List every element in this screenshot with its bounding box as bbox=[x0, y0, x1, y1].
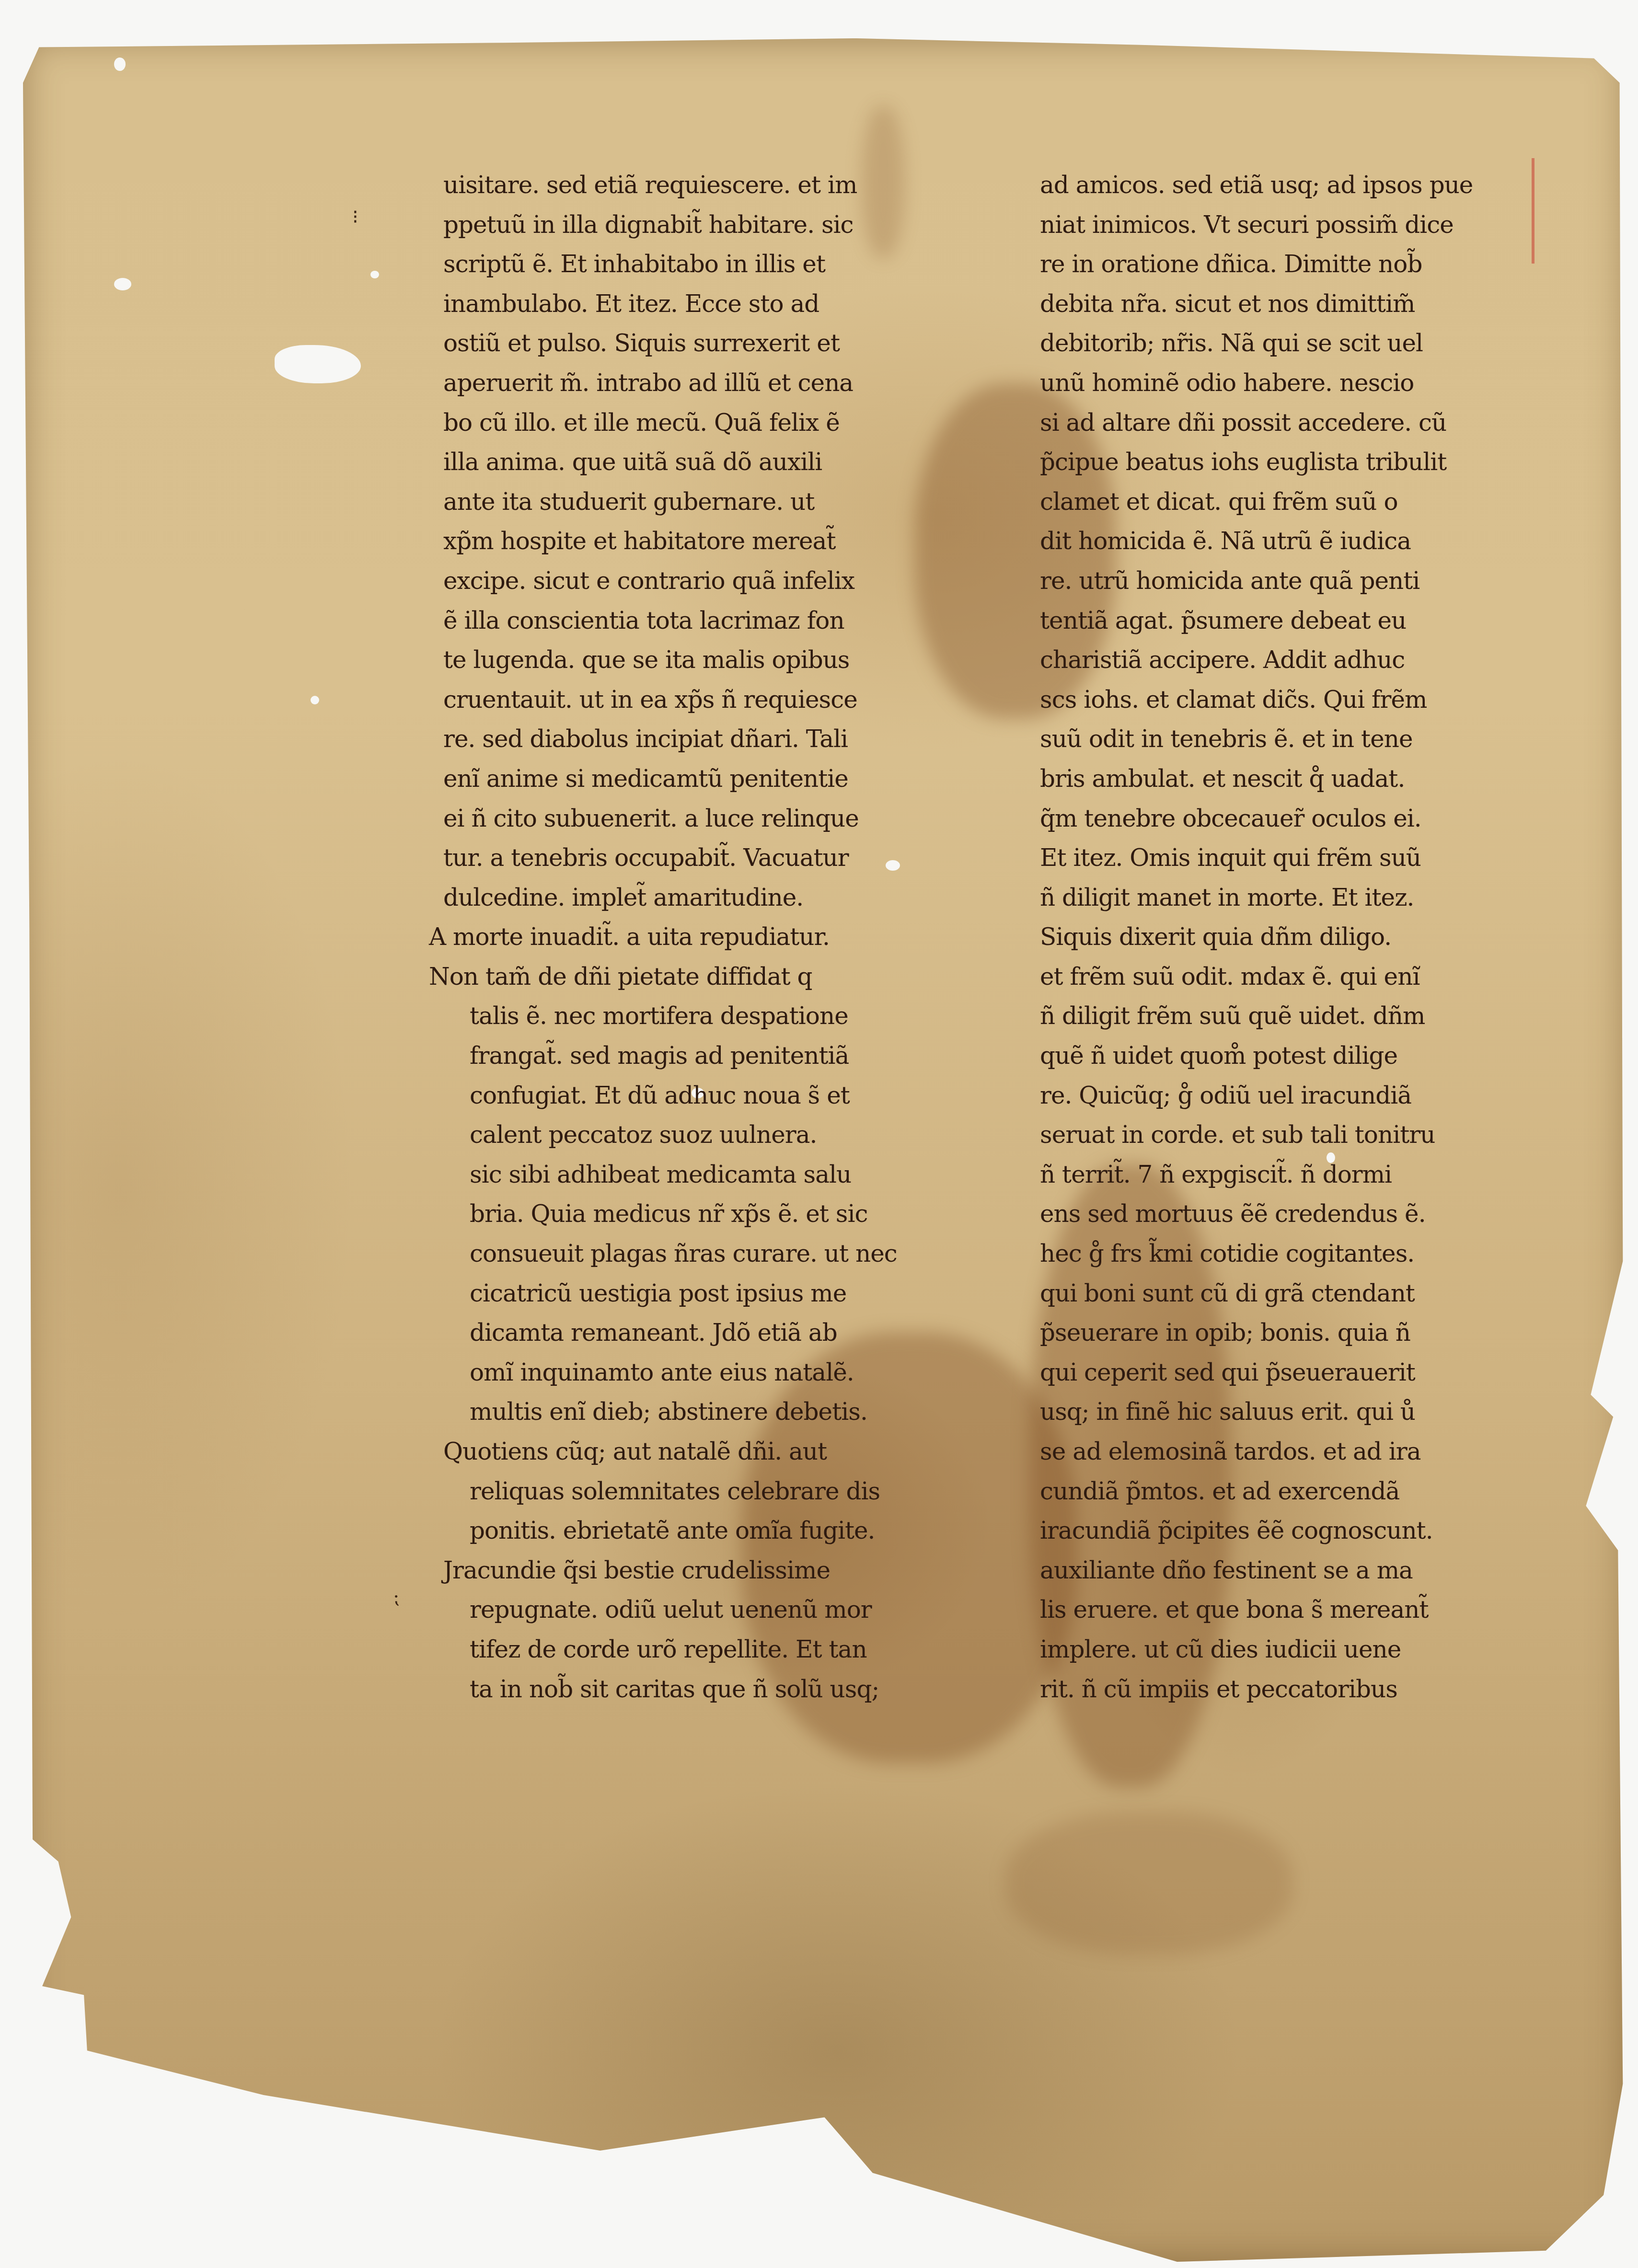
manuscript-line: niat inimicos. Vt securi possim̃ dice bbox=[1040, 205, 1572, 245]
manuscript-line: inambulabo. Et itez. Ecce sto ad bbox=[443, 284, 985, 324]
manuscript-line: ei ñ cito subuenerit. a luce relinque bbox=[443, 799, 985, 839]
manuscript-line: Jracundie q̃si bestie crudelissime bbox=[443, 1551, 985, 1590]
manuscript-line: q̃m tenebre obcecauer̃ oculos ei. bbox=[1040, 799, 1572, 839]
manuscript-line: confugiat. Et dũ adhuc noua s̃ et bbox=[443, 1076, 985, 1116]
manuscript-line: ponitis. ebrietatẽ ante omĩa fugite. bbox=[443, 1511, 985, 1551]
manuscript-line: excipe. sicut e contrario quã infelix bbox=[443, 561, 985, 601]
manuscript-line: unũ hominẽ odio habere. nescio bbox=[1040, 363, 1572, 403]
manuscript-line: cundiã p̃mtos. et ad exercendã bbox=[1040, 1472, 1572, 1511]
manuscript-line: aperuerit m̃. intrabo ad illũ et cena bbox=[443, 363, 985, 403]
manuscript-line: A morte inuadit̃. a uita repudiatur. bbox=[429, 917, 985, 957]
margin-annotation-mark: ⁝ bbox=[352, 206, 358, 228]
manuscript-line: charistiã accipere. Addit adhuc bbox=[1040, 640, 1572, 680]
text-column-left: uisitare. sed etiã requiescere. et im pp… bbox=[443, 165, 985, 1709]
manuscript-line: ostiũ et pulso. Siquis surrexerit et bbox=[443, 323, 985, 363]
manuscript-line: ante ita studuerit gubernare. ut bbox=[443, 482, 985, 522]
manuscript-line: iracundiã p̃cipites ẽẽ cognoscunt. bbox=[1040, 1511, 1572, 1551]
manuscript-line: tifez de corde urõ repellite. Et tan bbox=[443, 1630, 985, 1669]
manuscript-line: suũ odit in tenebris ẽ. et in tene bbox=[1040, 719, 1572, 759]
manuscript-line: consueuit plagas ñras curare. ut nec bbox=[443, 1234, 985, 1274]
manuscript-line: dicamta remaneant. Jdõ etiã ab bbox=[443, 1313, 985, 1353]
worm-hole bbox=[114, 58, 126, 71]
manuscript-line: auxiliante dño festinent se a ma bbox=[1040, 1551, 1572, 1590]
manuscript-line: debita nr̃a. sicut et nos dimittim̃ bbox=[1040, 284, 1572, 324]
torn-hole bbox=[275, 345, 361, 383]
manuscript-line: re. sed diabolus incipiat dñari. Tali bbox=[443, 719, 985, 759]
manuscript-line: multis enĩ dieb; abstinere debetis. bbox=[443, 1392, 985, 1432]
manuscript-line: seruat in corde. et sub tali tonitru bbox=[1040, 1115, 1572, 1155]
manuscript-line: Siquis dixerit quia dñm diligo. bbox=[1040, 917, 1572, 957]
worm-hole bbox=[114, 278, 131, 290]
manuscript-line: ta in nob̃ sit caritas que ñ solũ usq; bbox=[443, 1669, 985, 1709]
manuscript-line: tur. a tenebris occupabit̃. Vacuatur bbox=[443, 838, 985, 878]
manuscript-line: p̃seuerare in opib; bonis. quia ñ bbox=[1040, 1313, 1572, 1353]
manuscript-line: qui boni sunt cũ di grã ctendant bbox=[1040, 1274, 1572, 1313]
manuscript-line: debitorib; nr̃is. Nã qui se scit uel bbox=[1040, 323, 1572, 363]
manuscript-line: ñ territ̃. 7 ñ expgiscit̃. ñ dormi bbox=[1040, 1155, 1572, 1195]
worm-hole bbox=[370, 271, 379, 278]
manuscript-line: ens sed mortuus ẽẽ credendus ẽ. bbox=[1040, 1194, 1572, 1234]
manuscript-line: scs iohs. et clamat dic̃s. Qui frẽm bbox=[1040, 680, 1572, 720]
manuscript-line: se ad elemosinã tardos. et ad ira bbox=[1040, 1432, 1572, 1472]
manuscript-line: ppetuũ in illa dignabit̃ habitare. sic bbox=[443, 205, 985, 245]
manuscript-line: Et itez. Omis inquit qui frẽm suũ bbox=[1040, 838, 1572, 878]
manuscript-line: cruentauit. ut in ea xp̃s ñ requiesce bbox=[443, 680, 985, 720]
manuscript-line: reliquas solemnitates celebrare dis bbox=[443, 1472, 985, 1511]
manuscript-line: tentiã agat. p̃sumere debeat eu bbox=[1040, 601, 1572, 641]
manuscript-line: re in oratione dñica. Dimitte nob̃ bbox=[1040, 244, 1572, 284]
manuscript-line: qui ceperit sed qui p̃seuerauerit bbox=[1040, 1353, 1572, 1393]
manuscript-line: uisitare. sed etiã requiescere. et im bbox=[443, 165, 985, 205]
manuscript-line: quẽ ñ uidet quom̊ potest dilige bbox=[1040, 1036, 1572, 1076]
water-stain bbox=[1005, 1811, 1293, 1955]
manuscript-line: cicatricũ uestigia post ipsius me bbox=[443, 1274, 985, 1313]
text-column-right: ad amicos. sed etiã usq; ad ipsos pue ni… bbox=[1040, 165, 1572, 1709]
manuscript-line: bo cũ illo. et ille mecũ. Quã felix ẽ bbox=[443, 403, 985, 443]
manuscript-line: frangat̃. sed magis ad penitentiã bbox=[443, 1036, 985, 1076]
manuscript-line: ñ diligit frẽm suũ quẽ uidet. dñm bbox=[1040, 996, 1572, 1036]
manuscript-line: calent peccatoz suoz uulnera. bbox=[443, 1115, 985, 1155]
manuscript-line: et frẽm suũ odit. mdax ẽ. qui enĩ bbox=[1040, 957, 1572, 997]
margin-annotation-mark: ⁏ bbox=[393, 1586, 399, 1608]
manuscript-line: bria. Quia medicus nr̃ xp̃s ẽ. et sic bbox=[443, 1194, 985, 1234]
manuscript-line: enĩ anime si medicamtũ penitentie bbox=[443, 759, 985, 799]
manuscript-line: ẽ illa conscientia tota lacrimaz fon bbox=[443, 601, 985, 641]
worm-hole bbox=[311, 696, 319, 704]
manuscript-line: re. Quicũq; g̊ odiũ uel iracundiã bbox=[1040, 1076, 1572, 1116]
manuscript-line: bris ambulat. et nescit q̊ uadat. bbox=[1040, 759, 1572, 799]
manuscript-line: dit homicida ẽ. Nã utrũ ẽ iudica bbox=[1040, 521, 1572, 561]
manuscript-line: dulcedine. implet̃ amaritudine. bbox=[443, 878, 985, 918]
manuscript-line: Non tam̃ de dñi pietate diffidat q bbox=[429, 957, 985, 997]
manuscript-line: xp̃m hospite et habitatore mereat̃ bbox=[443, 521, 985, 561]
manuscript-line: hec g̊ frs k̃mi cotidie cogitantes. bbox=[1040, 1234, 1572, 1274]
manuscript-line: repugnate. odiũ uelut uenenũ mor bbox=[443, 1590, 985, 1630]
manuscript-line: illa anima. que uitã suã dõ auxili bbox=[443, 442, 985, 482]
manuscript-line: ñ diligit manet in morte. Et itez. bbox=[1040, 878, 1572, 918]
manuscript-line: scriptũ ẽ. Et inhabitabo in illis et bbox=[443, 244, 985, 284]
manuscript-line: usq; in finẽ hic saluus erit. qui ů bbox=[1040, 1392, 1572, 1432]
manuscript-line: re. utrũ homicida ante quã penti bbox=[1040, 561, 1572, 601]
manuscript-line: te lugenda. que se ita malis opibus bbox=[443, 640, 985, 680]
manuscript-line: implere. ut cũ dies iudicii uene bbox=[1040, 1630, 1572, 1669]
manuscript-line: omĩ inquinamto ante eius natalẽ. bbox=[443, 1353, 985, 1393]
manuscript-line: Quotiens cũq; aut natalẽ dñi. aut bbox=[443, 1432, 985, 1472]
manuscript-line: si ad altare dñi possit accedere. cũ bbox=[1040, 403, 1572, 443]
manuscript-line: ad amicos. sed etiã usq; ad ipsos pue bbox=[1040, 165, 1572, 205]
manuscript-line: talis ẽ. nec mortifera despatione bbox=[443, 996, 985, 1036]
manuscript-line: rit. ñ cũ impiis et peccatoribus bbox=[1040, 1669, 1572, 1709]
manuscript-line: p̃cipue beatus iohs euglista tribulit bbox=[1040, 442, 1572, 482]
manuscript-line: clamet et dicat. qui frẽm suũ o bbox=[1040, 482, 1572, 522]
manuscript-line: lis eruere. et que bona s̃ mereant̃ bbox=[1040, 1590, 1572, 1630]
manuscript-line: sic sibi adhibeat medicamta salu bbox=[443, 1155, 985, 1195]
